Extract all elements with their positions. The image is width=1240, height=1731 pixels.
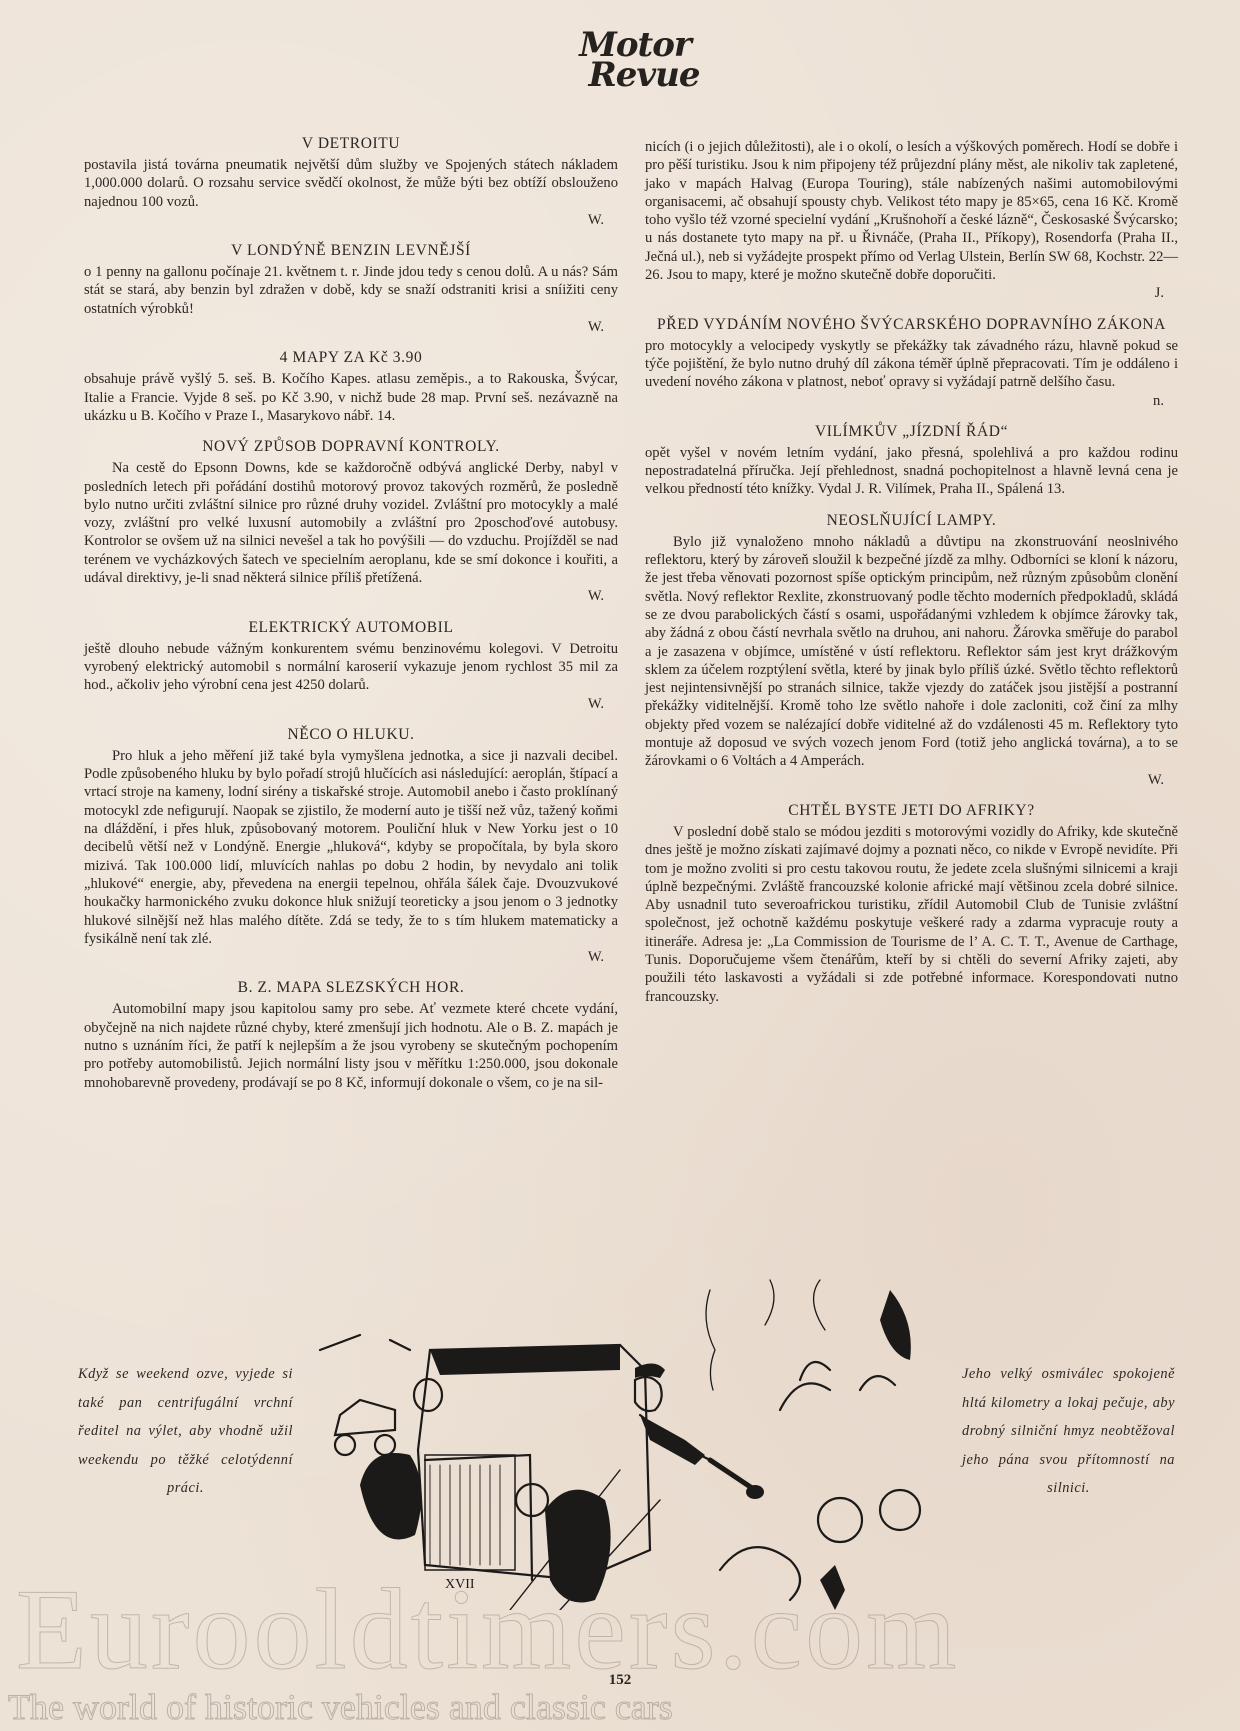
author-signature: W.	[84, 318, 618, 336]
article-body: nicích (i o jejich důležitosti), ale i o…	[645, 138, 1178, 284]
article-title: NĚCO O HLUKU.	[84, 725, 618, 745]
watermark-tagline: The world of historic vehicles and class…	[8, 1686, 673, 1728]
article: V DETROITUpostavila jistá továrna pneuma…	[84, 134, 618, 229]
article-body: opět vyšel v novém letním vydání, jako p…	[645, 444, 1178, 499]
article: PŘED VYDÁNÍM NOVÉHO ŠVÝCARSKÉHO DOPRAVNÍ…	[645, 315, 1178, 410]
article: nicích (i o jejich důležitosti), ale i o…	[645, 138, 1178, 303]
article-title: NEOSLŇUJÍCÍ LAMPY.	[645, 511, 1178, 531]
author-signature: W.	[645, 771, 1178, 789]
author-signature: W.	[84, 695, 618, 713]
article: ELEKTRICKÝ AUTOMOBILještě dlouho nebude …	[84, 618, 618, 713]
article-title: PŘED VYDÁNÍM NOVÉHO ŠVÝCARSKÉHO DOPRAVNÍ…	[645, 315, 1178, 335]
article: 4 MAPY ZA Kč 3.90obsahuje právě vyšlý 5.…	[84, 348, 618, 425]
author-signature: W.	[84, 211, 618, 229]
article: B. Z. MAPA SLEZSKÝCH HOR.Automobilní map…	[84, 978, 618, 1091]
article-title: NOVÝ ZPŮSOB DOPRAVNÍ KONTROLY.	[84, 437, 618, 457]
article: VILÍMKŮV „JÍZDNÍ ŘÁD“opět vyšel v novém …	[645, 422, 1178, 499]
article-body: Pro hluk a jeho měření již také byla vym…	[84, 747, 618, 948]
author-signature: J.	[645, 284, 1178, 302]
article-title: VILÍMKŮV „JÍZDNÍ ŘÁD“	[645, 422, 1178, 442]
article-body: Na cestě do Epsonn Downs, kde se každoro…	[84, 459, 618, 587]
article-body: obsahuje právě vyšlý 5. seš. B. Kočího K…	[84, 370, 618, 425]
article: NEOSLŇUJÍCÍ LAMPY.Bylo již vynaloženo mn…	[645, 511, 1178, 789]
logo-line-revue: Revue	[578, 60, 710, 90]
article-body: V poslední době stalo se módou jezditi s…	[645, 823, 1178, 1006]
article: NĚCO O HLUKU.Pro hluk a jeho měření již …	[84, 725, 618, 967]
author-signature: n.	[645, 392, 1178, 410]
right-column: nicích (i o jejich důležitosti), ale i o…	[645, 138, 1178, 1018]
article: NOVÝ ZPŮSOB DOPRAVNÍ KONTROLY.Na cestě d…	[84, 437, 618, 605]
article: CHTĚL BYSTE JETI DO AFRIKY?V poslední do…	[645, 801, 1178, 1006]
article-body: o 1 penny na gallonu počínaje 21. květne…	[84, 263, 618, 318]
car-cartoon-illustration: XVII	[300, 1250, 940, 1610]
article-title: B. Z. MAPA SLEZSKÝCH HOR.	[84, 978, 618, 998]
article-body: Automobilní mapy jsou kapitolou samy pro…	[84, 1000, 618, 1091]
illustration-caption-left: Když se weekend ozve, vyjede si také pan…	[78, 1360, 293, 1503]
author-signature: W.	[84, 587, 618, 605]
watermark-site: Eurooldtimers.com	[16, 1572, 1236, 1688]
article-body: Bylo již vynaloženo mnoho nákladů a důvt…	[645, 533, 1178, 771]
article-body: ještě dlouho nebude vážným konkurentem s…	[84, 640, 618, 695]
article-title: 4 MAPY ZA Kč 3.90	[84, 348, 618, 368]
magazine-logo: Motor Revue	[560, 30, 710, 90]
illustration-caption-right: Jeho velký osmiválec spokojeně hltá kilo…	[962, 1360, 1175, 1503]
article-title: V LONDÝNĚ BENZIN LEVNĚJŠÍ	[84, 241, 618, 261]
article-title: CHTĚL BYSTE JETI DO AFRIKY?	[645, 801, 1178, 821]
article-title: ELEKTRICKÝ AUTOMOBIL	[84, 618, 618, 638]
article: V LONDÝNĚ BENZIN LEVNĚJŠÍo 1 penny na ga…	[84, 241, 618, 336]
article-body: pro motocykly a velocipedy vyskytly se p…	[645, 337, 1178, 392]
author-signature: W.	[84, 948, 618, 966]
article-body: postavila jistá továrna pneumatik největ…	[84, 156, 618, 211]
article-title: V DETROITU	[84, 134, 618, 154]
left-column: V DETROITUpostavila jistá továrna pneuma…	[84, 134, 618, 1104]
